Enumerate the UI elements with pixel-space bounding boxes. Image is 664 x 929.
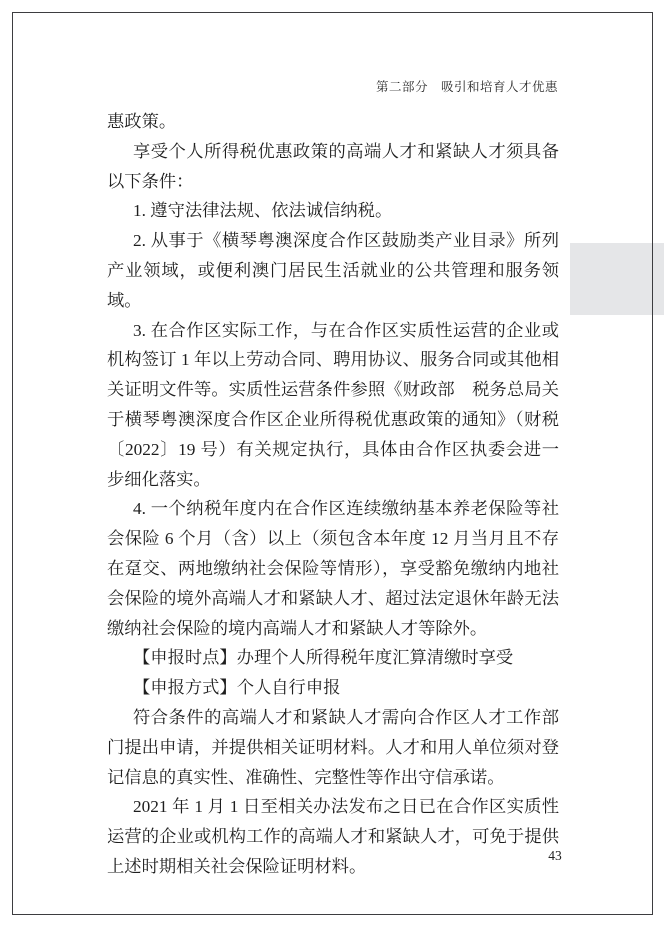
running-header: 第二部分 吸引和培育人才优惠 bbox=[376, 77, 558, 95]
paragraph: 1. 遵守法律法规、依法诚信纳税。 bbox=[107, 196, 559, 226]
book-page: 第二部分 吸引和培育人才优惠 惠政策。 享受个人所得税优惠政策的高端人才和紧缺人… bbox=[0, 0, 664, 929]
paragraph: 2021 年 1 月 1 日至相关办法发布之日已在合作区实质性运营的企业或机构工… bbox=[107, 792, 559, 881]
paragraph: 4. 一个纳税年度内在合作区连续缴纳基本养老保险等社会保险 6 个月（含）以上（… bbox=[107, 494, 559, 643]
paragraph: 惠政策。 bbox=[107, 107, 559, 137]
page-content: 惠政策。 享受个人所得税优惠政策的高端人才和紧缺人才须具备以下条件： 1. 遵守… bbox=[107, 107, 559, 882]
page-number: 43 bbox=[543, 848, 567, 864]
edge-tab bbox=[570, 243, 664, 315]
paragraph: 符合条件的高端人才和紧缺人才需向合作区人才工作部门提出申请，并提供相关证明材料。… bbox=[107, 703, 559, 792]
paragraph: 【申报时点】办理个人所得税年度汇算清缴时享受 bbox=[107, 643, 559, 673]
paragraph: 享受个人所得税优惠政策的高端人才和紧缺人才须具备以下条件： bbox=[107, 137, 559, 197]
paragraph: 3. 在合作区实际工作，与在合作区实质性运营的企业或机构签订 1 年以上劳动合同… bbox=[107, 316, 559, 495]
paragraph: 【申报方式】个人自行申报 bbox=[107, 673, 559, 703]
paragraph: 2. 从事于《横琴粤澳深度合作区鼓励类产业目录》所列产业领域，或便利澳门居民生活… bbox=[107, 226, 559, 315]
